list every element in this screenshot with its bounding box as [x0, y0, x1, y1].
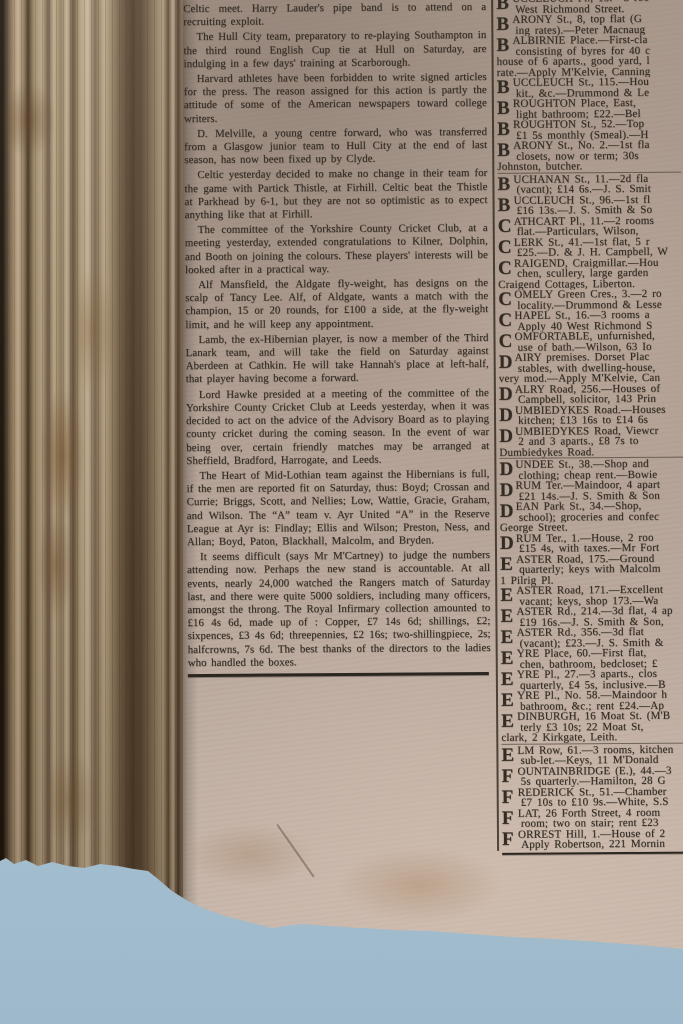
- listing-entry: E ASTER Rd., 356.—3d flat(vacant); £23.—…: [501, 627, 683, 649]
- news-paragraph: D. Melville, a young centre forward, who…: [184, 126, 487, 168]
- listing-line: ALRY Road, 256.—Houses of: [515, 383, 683, 395]
- listing-line: Apply Robertson, 221 Mornin: [521, 839, 683, 851]
- news-paragraph: Lamb, the ex-Hibernian player, is now a …: [185, 332, 488, 387]
- news-paragraph: Harvard athletes have been forbidden to …: [184, 71, 487, 126]
- listing-entry: B UCHANAN St., 11.—2d fla(vacnt); £14 6s…: [497, 173, 681, 195]
- listing-entry: E ASTER Road, 175.—Groundquarterly; keys…: [500, 553, 683, 586]
- news-paragraph: Celtic yesterday decided to make no chan…: [184, 167, 487, 222]
- listing-dropcap: D: [500, 481, 514, 500]
- listing-line: UMBIEDYKES Road, Viewcr: [515, 425, 683, 437]
- news-paragraph: The committee of the Yorkshire County Cr…: [185, 222, 488, 277]
- news-paragraph: Lord Hawke presided at a meeting of the …: [186, 387, 490, 468]
- listing-dropcap: D: [499, 384, 513, 403]
- listing-dropcap: C: [498, 290, 512, 309]
- listing-dropcap: B: [497, 78, 510, 97]
- listing-entry: E YRE Place, 60.—First flat,chen, bathro…: [501, 648, 683, 670]
- end-rule: [188, 672, 489, 677]
- listing-dropcap: E: [501, 712, 514, 731]
- listing-entry: E ASTER Rd., 214.—3d flat, 4 ap£19 16s.—…: [500, 606, 683, 628]
- listing-entry: E YRE Pl., 27.—3 aparts., closquarterly,…: [501, 669, 683, 691]
- listing-line: clark, 2 Kirkgate, Leith.: [501, 732, 683, 744]
- listing-dropcap: F: [502, 787, 514, 806]
- listing-entry: C RAIGEND, Craigmillar.—Houchen, sculler…: [498, 257, 682, 290]
- listing-entry: B UCCLEUCH Pl., 15.—3 rooWest Richmond S…: [496, 0, 680, 15]
- listing-line: school); groceries and confec: [519, 511, 683, 523]
- listing-dropcap: B: [497, 99, 510, 118]
- listing-dropcap: F: [502, 808, 514, 827]
- listing-dropcap: E: [501, 649, 514, 668]
- listing-entry: B ARONY St., No. 2.—1st flaclosets, now …: [497, 140, 681, 174]
- listings-column: B UCCLEUCH Pl., 15.—3 rooWest Richmond S…: [496, 0, 683, 861]
- listing-entry: D UMBIEDYKES Road.—Houseskitchen; £13 16…: [499, 404, 683, 426]
- printed-content: Celtic meet. Harry Lauder's pipe band is…: [0, 0, 683, 1024]
- listing-dropcap: F: [502, 829, 514, 848]
- listing-entry: B UCCLEUCH St., 96.—1st fl£16 13s.—J. S.…: [498, 194, 682, 216]
- listing-entry: F OUNTAINBRIDGE (E.), 44.—35s quarterly.…: [501, 765, 683, 787]
- listing-entry: D RUM Ter., 1.—House, 2 roo£15 4s, with …: [500, 532, 683, 554]
- listing-dropcap: C: [498, 258, 512, 277]
- listing-entry: B UCCLEUCH St., 115.—Houkit., &c.—Drummo…: [497, 77, 681, 99]
- listing-entry: B ALBIRNIE Place.—First-claconsisting of…: [496, 35, 680, 78]
- listing-dropcap: B: [497, 141, 510, 160]
- listing-entry: C OMFORTABLE, unfurnished,use of bath.—W…: [498, 331, 682, 353]
- listing-entry: D RUM Ter.—Maindoor, 4 apart£21 14s.—J. …: [500, 480, 683, 502]
- listing-dropcap: E: [500, 554, 513, 573]
- listing-dropcap: D: [500, 533, 514, 552]
- listing-entry: D UNDEE St., 38.—Shop andclothing; cheap…: [499, 459, 683, 481]
- news-paragraph: Celtic meet. Harry Lauder's pipe band is…: [183, 1, 486, 30]
- listing-line: quarterly; keys with Malcolm: [519, 564, 683, 576]
- listing-dropcap: E: [501, 670, 514, 689]
- listing-entry: D AIRY premises. Dorset Placstables, wit…: [499, 352, 683, 385]
- listing-entry: E YRE Pl., No. 58.—Maindoor hbathroom, &…: [501, 690, 683, 712]
- listing-dropcap: F: [501, 766, 513, 785]
- listing-entry: C ATHCART Pl., 11.—2 roomsflat.—Particul…: [498, 215, 682, 237]
- listing-entry: B ROUGHTON Place, East,light bathroom; £…: [497, 98, 681, 120]
- listing-dropcap: D: [499, 460, 513, 479]
- listing-dropcap: C: [498, 332, 512, 351]
- listing-dropcap: E: [500, 607, 513, 626]
- listing-entry: C OMELY Green Cres., 3.—2 rolocality.—Dr…: [498, 289, 682, 311]
- listing-line: Johnston, butcher.: [497, 161, 681, 173]
- news-paragraph: The Heart of Mid-Lothian team against th…: [186, 468, 490, 549]
- listing-dropcap: D: [499, 405, 513, 424]
- listing-entry: B ARONY St., 8, top flat (Ging rates).—P…: [496, 14, 680, 36]
- listing-entry: D ALRY Road, 256.—Houses ofCampbell, sol…: [499, 383, 683, 405]
- listing-dropcap: D: [499, 426, 513, 445]
- listing-line: RAIGEND, Craigmillar.—Hou: [514, 257, 682, 269]
- listing-dropcap: D: [500, 502, 514, 521]
- news-paragraph: The Hull City team, preparatory to re-pl…: [183, 29, 486, 71]
- listing-line: DINBURGH, 16 Moat St. (M'B: [517, 711, 683, 723]
- listing-entry: B ROUGHTON St., 52.—Top£1 5s monthly (Sm…: [497, 119, 681, 141]
- news-paragraph: Alf Mansfield, the Aldgate fly-weight, h…: [185, 277, 488, 332]
- listing-entry: C HAPEL St., 16.—3 rooms aApply 40 West …: [498, 310, 682, 332]
- listing-dropcap: E: [500, 586, 513, 605]
- listing-dropcap: E: [501, 691, 514, 710]
- listing-dropcap: C: [498, 311, 512, 330]
- listing-dropcap: E: [501, 745, 514, 764]
- listing-entry: D EAN Park St., 34.—Shop,school); grocer…: [500, 501, 683, 534]
- news-column: Celtic meet. Harry Lauder's pipe band is…: [183, 0, 491, 677]
- listing-dropcap: E: [501, 628, 514, 647]
- newspaper-book: Celtic meet. Harry Lauder's pipe band is…: [0, 0, 683, 1024]
- listing-dropcap: B: [496, 36, 509, 55]
- listing-entry: E ASTER Road, 171.—Excellentvacant; keys…: [500, 585, 683, 607]
- listings-end-rule: [502, 851, 683, 854]
- listing-entry: D UMBIEDYKES Road, Viewcr2 and 3 aparts.…: [499, 425, 683, 459]
- listing-dropcap: B: [498, 195, 511, 214]
- listing-dropcap: B: [497, 174, 510, 193]
- news-paragraph: It seems difficult (says Mr M'Cartney) t…: [187, 549, 491, 670]
- listing-dropcap: B: [497, 120, 510, 139]
- listing-entry: F ORREST Hill, 1.—House of 2Apply Robert…: [502, 828, 683, 850]
- listing-entry: C LERK St., 41.—1st flat, 5 r£25.—D. & J…: [498, 236, 682, 258]
- listing-entry: E DINBURGH, 16 Moat St. (M'Bterly £3 10s…: [501, 711, 683, 745]
- listing-dropcap: B: [496, 0, 509, 13]
- listing-line: Dumbiedykes Road.: [499, 446, 683, 458]
- listings-entries: B UCCLEUCH Pl., 15.—3 rooWest Richmond S…: [496, 0, 683, 850]
- listing-entry: F LAT, 26 Forth Street, 4 roomroom; two …: [502, 807, 683, 829]
- listing-entry: E LM Row, 61.—3 rooms, kitchensub-let.—K…: [501, 744, 683, 766]
- listing-dropcap: D: [499, 353, 513, 372]
- listing-dropcap: C: [498, 237, 512, 256]
- news-paragraphs: Celtic meet. Harry Lauder's pipe band is…: [183, 1, 491, 670]
- listing-dropcap: B: [496, 15, 509, 34]
- listing-dropcap: C: [498, 216, 512, 235]
- listing-entry: F REDERICK St., 51.—Chamber£7 10s to £10…: [502, 786, 683, 808]
- listing-line: UMBIEDYKES Road.—Houses: [515, 404, 683, 416]
